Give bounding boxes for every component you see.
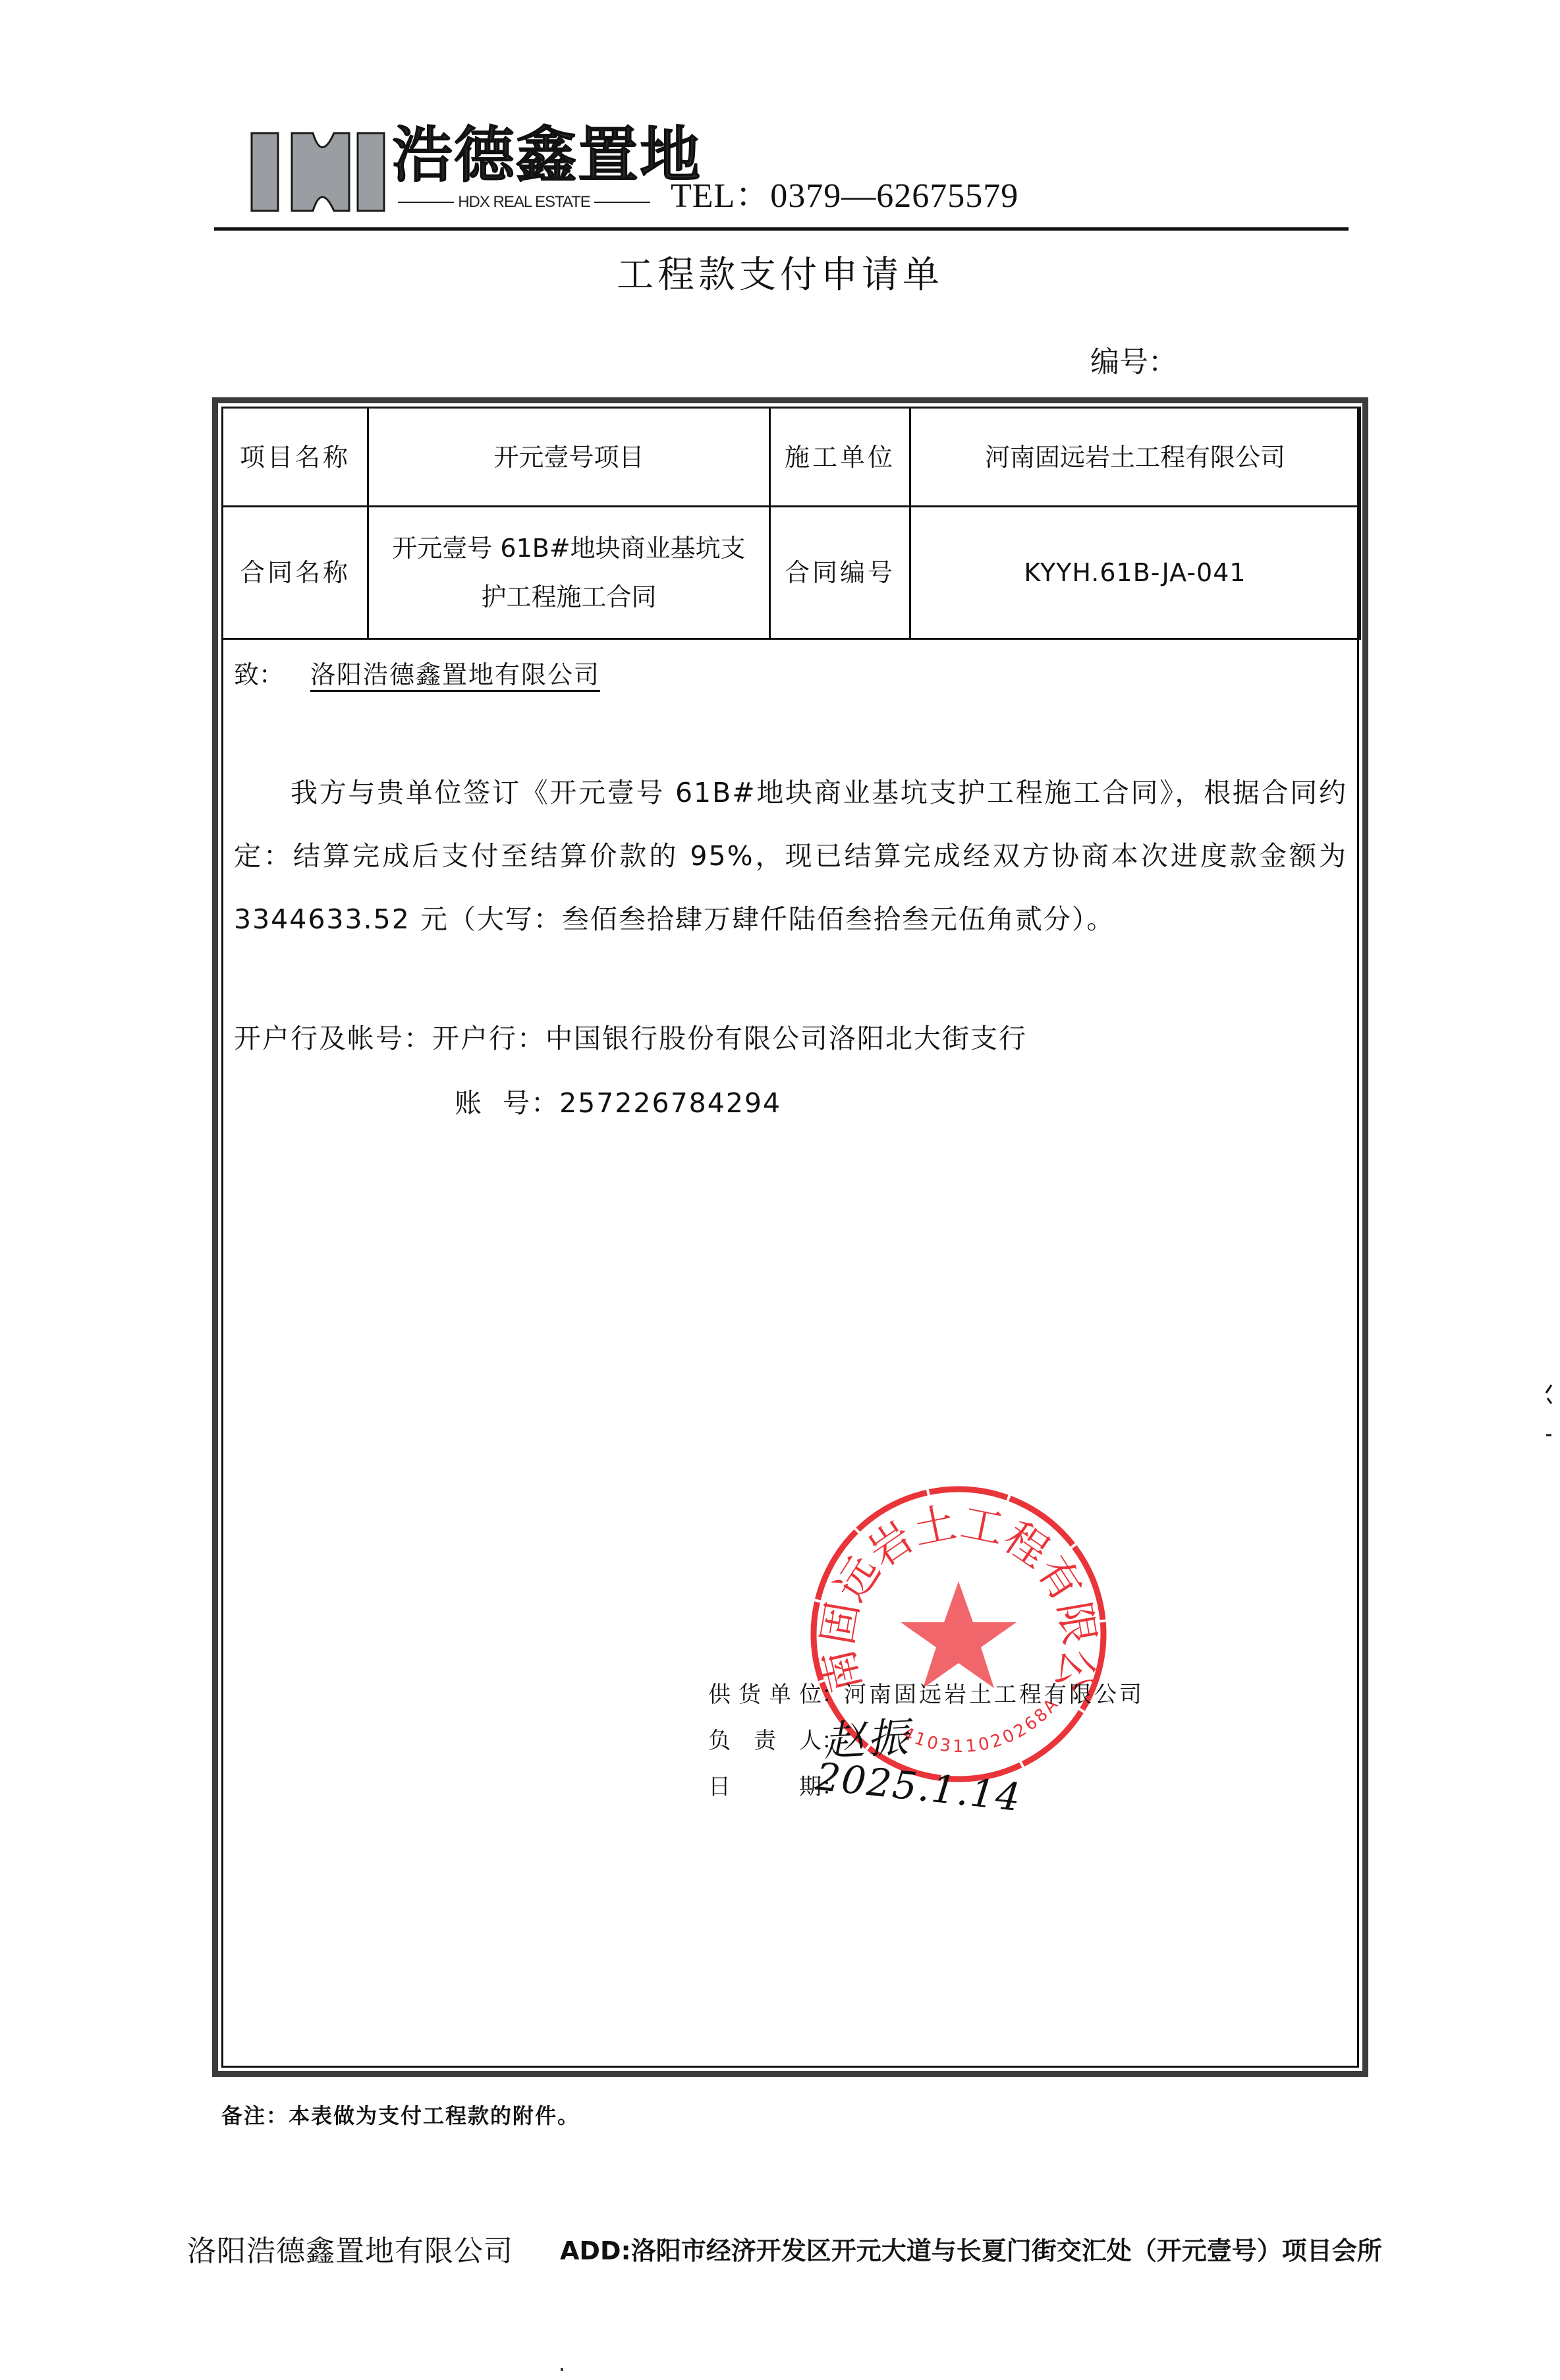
- project-name-label: 项目名称: [223, 408, 368, 507]
- bank-name: 中国银行股份有限公司洛阳北大街支行: [545, 1023, 1027, 1054]
- brand-subtitle-rule-left: [398, 202, 454, 203]
- contract-name-value: 开元壹号 61B#地块商业基坑支 护工程施工合同: [368, 507, 770, 639]
- contract-name-label: 合同名称: [223, 507, 368, 639]
- supplier-row: 供货单位：河南固远岩土工程有限公司: [708, 1684, 1144, 1706]
- brand-name: 浩德鑫置地: [392, 125, 702, 186]
- person-label: 负责人: [708, 1730, 822, 1752]
- supplier-sep: ：: [822, 1682, 844, 1708]
- hdx-logo-icon: [250, 132, 385, 214]
- project-name-value: 开元壹号项目: [368, 408, 770, 507]
- remark-note: 备注：本表做为支付工程款的附件。: [221, 2099, 580, 2130]
- footer-company: 洛阳浩德鑫置地有限公司: [187, 2227, 513, 2269]
- bank-name-label: 开户行：: [432, 1023, 545, 1054]
- date-label: 日期: [708, 1776, 822, 1798]
- document-title: 工程款支付申请单: [0, 257, 1560, 294]
- table-row: 合同名称 开元壹号 61B#地块商业基坑支 护工程施工合同 合同编号 KYYH.…: [223, 507, 1360, 639]
- serial-number-label: 编号：: [1090, 348, 1177, 377]
- contract-name-line-2: 护工程施工合同: [374, 573, 764, 621]
- addressee-line: 致：洛阳浩德鑫置地有限公司: [234, 659, 600, 691]
- contractor-value: 河南固远岩土工程有限公司: [910, 408, 1360, 507]
- header-divider: [214, 227, 1349, 231]
- form-frame-inner: [221, 407, 1359, 2068]
- table-row: 项目名称 开元壹号项目 施工单位 河南固远岩土工程有限公司: [223, 408, 1360, 507]
- request-paragraph: 我方与贵单位签订《开元壹号 61B#地块商业基坑支护工程施工合同》，根据合同约定…: [234, 761, 1347, 951]
- account-number: 257226784294: [559, 1087, 781, 1119]
- edge-scan-mark: [1545, 1384, 1553, 1443]
- bank-line: 开户行及帐号：开户行：中国银行股份有限公司洛阳北大街支行: [234, 1023, 1027, 1055]
- info-table: 项目名称 开元壹号项目 施工单位 河南固远岩土工程有限公司 合同名称 开元壹号 …: [221, 407, 1361, 640]
- brand-subtitle-rule-right: [594, 202, 650, 203]
- brand-subtitle-text: HDX REAL ESTATE: [458, 193, 590, 212]
- footer-address: ADD:洛阳市经济开发区开元大道与长夏门街交汇处（开元壹号）项目会所: [560, 2230, 1382, 2267]
- supplier-name: 河南固远岩土工程有限公司: [844, 1682, 1144, 1708]
- contractor-label: 施工单位: [770, 408, 910, 507]
- scan-speck: [561, 2368, 563, 2371]
- brand-subtitle: HDX REAL ESTATE: [394, 192, 654, 212]
- contract-number-value: KYYH.61B-JA-041: [910, 507, 1360, 639]
- supplier-label: 供货单位: [708, 1684, 822, 1706]
- bank-section-label: 开户行及帐号：: [234, 1023, 432, 1054]
- contract-number-label: 合同编号: [770, 507, 910, 639]
- account-line: 账 号：257226784294: [455, 1087, 781, 1119]
- addressee-label: 致：: [234, 660, 284, 689]
- contract-name-line-1: 开元壹号 61B#地块商业基坑支: [374, 524, 764, 573]
- addressee-name: 洛阳浩德鑫置地有限公司: [304, 660, 600, 689]
- telephone: TEL：0379—62675579: [671, 179, 1018, 213]
- star-icon: [901, 1581, 1017, 1688]
- account-label: 账 号：: [455, 1087, 559, 1119]
